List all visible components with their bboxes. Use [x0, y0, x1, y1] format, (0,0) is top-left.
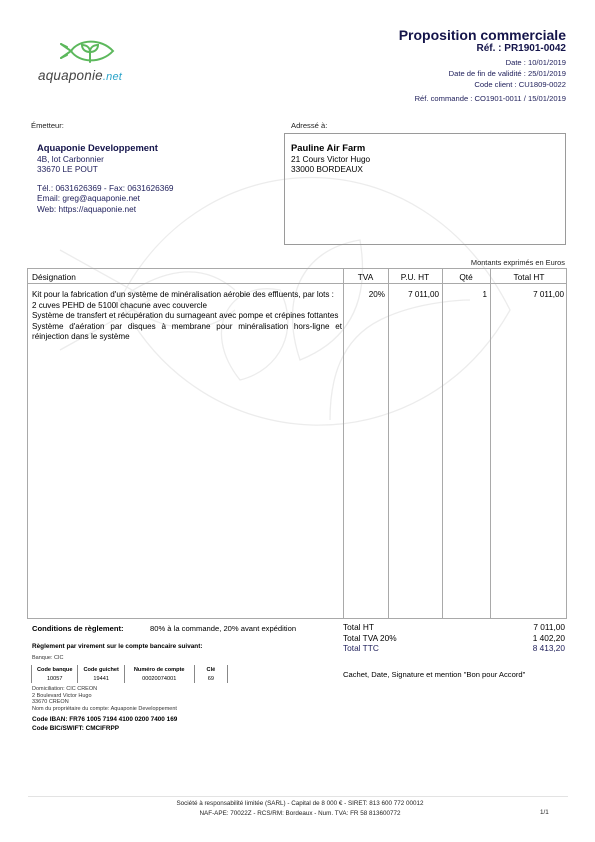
col-header-designation: Désignation	[32, 272, 76, 282]
col-header-tva: TVA	[343, 272, 388, 282]
row-tva: 20%	[343, 290, 385, 299]
total-ht-value: 7 011,00	[533, 622, 565, 633]
bank-address-line1: 2 Boulevard Victor Hugo	[32, 693, 177, 700]
footer-divider	[28, 796, 568, 797]
row-qty: 1	[442, 290, 487, 299]
bank-domiciliation: Domiciliation: CIC CREON	[32, 686, 177, 693]
validity-date: Date de fin de validité : 25/01/2019	[449, 69, 566, 78]
bank-details-table: Code banque Code guichet Numéro de compt…	[31, 665, 228, 683]
bank-account-number: 00020074001	[124, 674, 194, 683]
sender-phone-fax: Tél.: 0631626369 - Fax: 0631626369	[37, 183, 174, 194]
recipient-name: Pauline Air Farm	[291, 143, 370, 154]
row-unit-price: 7 011,00	[388, 290, 439, 299]
fish-logo-icon	[57, 36, 117, 68]
total-ttc-label: Total TTC	[343, 643, 379, 654]
sender-block: Aquaponie Developpement 4B, lot Carbonni…	[37, 143, 174, 214]
footer-line1: Société à responsabilité limitée (SARL) …	[100, 799, 500, 809]
payment-conditions-label: Conditions de règlement:	[32, 624, 124, 633]
logo-text: aquaponie.net	[38, 68, 122, 83]
bank-transfer-title: Règlement par virement sur le compte ban…	[32, 643, 202, 650]
payment-conditions-value: 80% à la commande, 20% avant expédition	[150, 624, 296, 633]
page-number: 1/1	[540, 809, 549, 816]
bank-key: 69	[194, 674, 228, 683]
total-tva-row: Total TVA 20% 1 402,20	[343, 633, 565, 644]
recipient-address-line1: 21 Cours Victor Hugo	[291, 154, 370, 165]
client-code: Code client : CU1809-0022	[474, 80, 566, 89]
document-reference: Réf. : PR1901-0042	[477, 43, 567, 54]
document-title: Proposition commerciale	[399, 27, 566, 43]
header-divider	[28, 283, 566, 284]
recipient-address-line2: 33000 BORDEAUX	[291, 164, 370, 175]
company-logo: aquaponie.net	[38, 36, 148, 88]
recipient-label: Adressé à:	[291, 121, 327, 130]
row-total: 7 011,00	[490, 290, 564, 299]
total-ht-row: Total HT 7 011,00	[343, 622, 565, 633]
col-header-qty: Qté	[442, 272, 490, 282]
sender-name: Aquaponie Developpement	[37, 143, 174, 154]
account-owner: Nom du propriétaire du compte: Aquaponie…	[32, 706, 177, 713]
order-reference: Réf. commande : CO1901-0011 / 15/01/2019	[415, 94, 566, 103]
document-date: Date : 10/01/2019	[506, 58, 566, 67]
table-row-description: Kit pour la fabrication d'un système de …	[32, 290, 342, 343]
description-line: Système de transfert et récupération du …	[32, 311, 342, 322]
total-tva-label: Total TVA 20%	[343, 633, 397, 644]
col-header-unit-price: P.U. HT	[388, 272, 442, 282]
sender-address-line2: 33670 LE POUT	[37, 164, 174, 175]
bank-code-banque: 10057	[32, 674, 78, 683]
bank-header-code-banque: Code banque	[32, 665, 78, 674]
sender-web: Web: https://aquaponie.net	[37, 204, 174, 215]
bank-header-account-number: Numéro de compte	[124, 665, 194, 674]
iban: Code IBAN: FR76 1005 7194 4100 0200 7400…	[32, 715, 177, 724]
bank-name: Banque: CIC	[32, 655, 64, 661]
bank-address-line2: 33670 CREON	[32, 699, 177, 706]
total-ttc-row: Total TTC 8 413,20	[343, 643, 565, 654]
footer-line2: NAF-APE: 70022Z - RCS/RM: Bordeaux - Num…	[100, 809, 500, 819]
signature-instruction: Cachet, Date, Signature et mention "Bon …	[343, 670, 525, 679]
bank-address-block: Domiciliation: CIC CREON 2 Boulevard Vic…	[32, 686, 177, 713]
items-table: Désignation TVA P.U. HT Qté Total HT Kit…	[27, 268, 567, 619]
bank-header-key: Clé	[194, 665, 228, 674]
footer-legal: Société à responsabilité limitée (SARL) …	[100, 799, 500, 818]
currency-note: Montants exprimés en Euros	[471, 258, 565, 267]
bank-header-code-guichet: Code guichet	[78, 665, 124, 674]
bic-swift: Code BIC/SWIFT: CMCIFRPP	[32, 724, 177, 733]
sender-label: Émetteur:	[31, 121, 64, 130]
description-line: 2 cuves PEHD de 5100l chacune avec couve…	[32, 301, 342, 312]
bank-code-guichet: 19441	[78, 674, 124, 683]
col-header-total: Total HT	[490, 272, 568, 282]
sender-address-line1: 4B, lot Carbonnier	[37, 154, 174, 165]
total-tva-value: 1 402,20	[533, 633, 565, 644]
total-ht-label: Total HT	[343, 622, 374, 633]
description-line: Kit pour la fabrication d'un système de …	[32, 290, 342, 301]
description-line: Système d'aération par disques à membran…	[32, 322, 342, 343]
total-ttc-value: 8 413,20	[533, 643, 565, 654]
bank-codes: Code IBAN: FR76 1005 7194 4100 0200 7400…	[32, 715, 177, 733]
sender-email: Email: greg@aquaponie.net	[37, 193, 174, 204]
recipient-block: Pauline Air Farm 21 Cours Victor Hugo 33…	[291, 143, 370, 175]
totals-block: Total HT 7 011,00 Total TVA 20% 1 402,20…	[343, 622, 565, 654]
